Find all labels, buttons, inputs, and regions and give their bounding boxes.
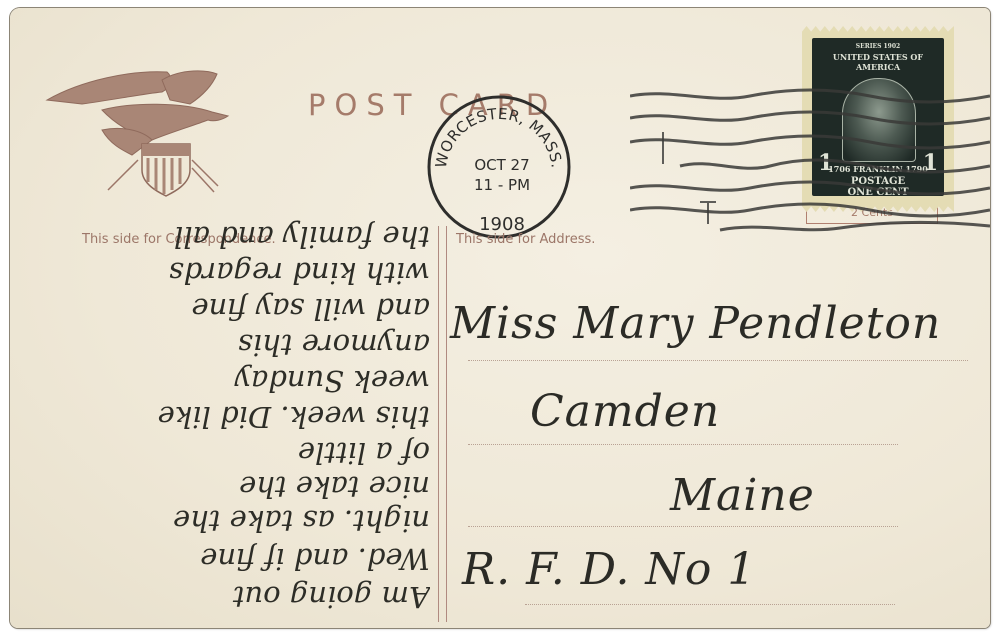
postmark-icon: WORCESTER, MASS. OCT 27 11 - PM 1908	[424, 92, 574, 242]
postmark-date: OCT 27	[474, 156, 529, 174]
address-recipient: Miss Mary Pendleton	[450, 298, 941, 349]
cancellation-lines-icon	[630, 84, 990, 234]
address-rule-1	[468, 360, 968, 361]
message-line: with kind regards	[22, 256, 430, 290]
message-line: Wed. and if fine	[22, 542, 430, 576]
address-rule-3	[468, 526, 898, 527]
message-line: night. as take the	[22, 504, 430, 538]
address-rfd: R. F. D. No 1	[462, 544, 756, 595]
address-city: Camden	[530, 386, 720, 437]
side-divider	[438, 226, 447, 622]
eagle-shield-icon	[42, 60, 242, 200]
stamp-series: SERIES 1902	[812, 42, 944, 52]
postmark-time: 11 - PM	[474, 176, 530, 194]
message-line: and will say fine	[22, 292, 430, 326]
stamp-country-line1: UNITED STATES OF	[812, 52, 944, 62]
message-line: the family and all	[22, 220, 430, 254]
address-rule-4	[525, 604, 895, 605]
message-line: anymore this	[22, 328, 430, 362]
message-line: this week. Did like	[22, 400, 430, 434]
correspondence-message: Am going out Wed. and if fine night. as …	[16, 210, 438, 620]
address-label: This side for Address.	[456, 232, 595, 247]
message-line: nice take the	[22, 470, 430, 504]
message-line: of a little	[22, 436, 430, 470]
address-state: Maine	[670, 470, 815, 521]
postcard: POST CARD 2 Cents SERIES 1902 UNITED STA…	[10, 8, 990, 628]
address-rule-2	[468, 444, 898, 445]
message-line: Am going out	[22, 580, 430, 614]
stamp-country-line2: AMERICA	[812, 62, 944, 72]
stamp-country: SERIES 1902 UNITED STATES OF AMERICA	[812, 42, 944, 72]
message-line: week Sunday	[22, 364, 430, 398]
